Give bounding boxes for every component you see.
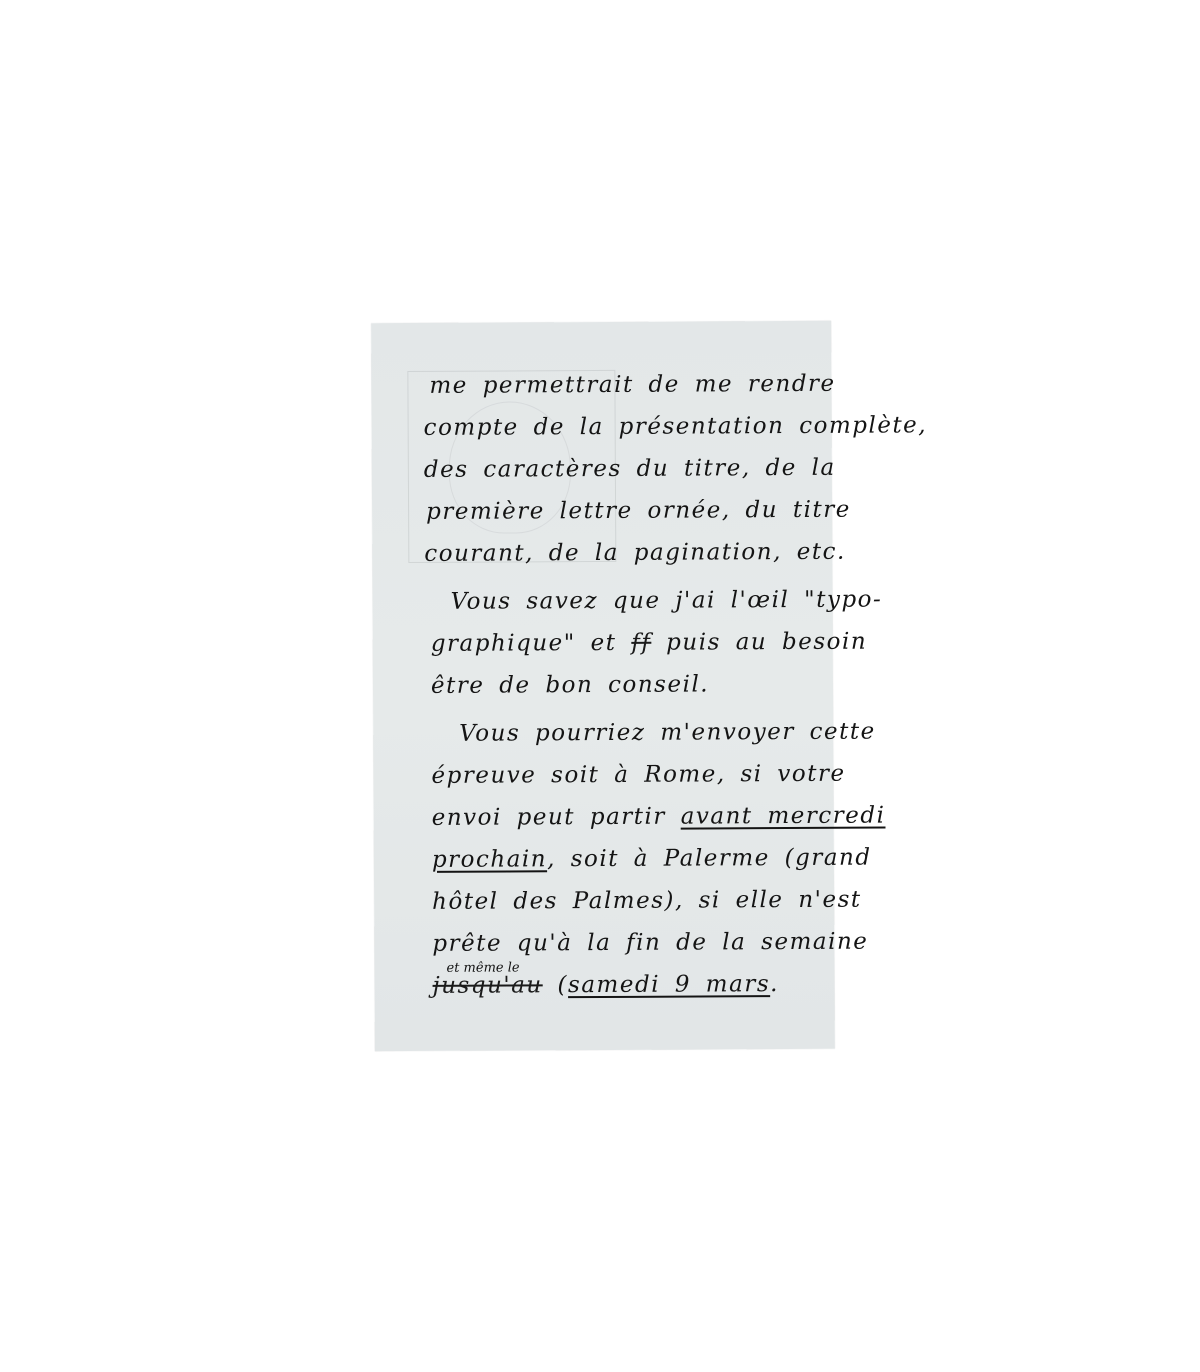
letter-line: des caractères du titre, de la (424, 455, 836, 483)
letter-line: envoi peut partir avant mercredi (432, 803, 886, 831)
letter-line: compte de la présentation complète, (424, 412, 928, 441)
letter-line: première lettre ornée, du titre (426, 497, 851, 525)
letter-line: hôtel des Palmes), si elle n'est (432, 887, 862, 915)
line-text: , soit à Palerme (grand (547, 845, 872, 873)
letter-sheet: me permettrait de me rendre compte de la… (371, 321, 835, 1051)
crossed-out-mark: ff (631, 630, 651, 656)
word-graphique: graphique" et (431, 630, 632, 657)
letter-line: épreuve soit à Rome, si votre (431, 761, 845, 789)
word-puis: puis au besoin (651, 629, 867, 656)
underlined-phrase: avant mercredi (681, 803, 886, 830)
letter-line: courant, de la pagination, etc. (424, 539, 846, 567)
underlined-date: samedi 9 mars (568, 971, 770, 998)
letter-line: me permettrait de me rendre (429, 371, 835, 399)
line-text: envoi peut partir (432, 804, 666, 831)
letter-line: prochain, soit à Palerme (grand (432, 845, 872, 873)
letter-line: prête qu'à la fin de la semaine (432, 929, 868, 957)
crossed-out-word: jusqu'au (432, 972, 542, 999)
letter-line: jusqu'au (samedi 9 mars. (432, 971, 778, 999)
paren-open: ( (557, 972, 568, 998)
letter-line: être de bon conseil. (431, 671, 709, 698)
underlined-word: prochain (432, 846, 547, 873)
letter-line: graphique" et ff puis au besoin (431, 629, 868, 657)
letter-line: Vous pourriez m'envoyer cette (459, 719, 876, 747)
period: . (770, 971, 779, 997)
letter-line: Vous savez que j'ai l'œil "typo- (450, 587, 882, 615)
